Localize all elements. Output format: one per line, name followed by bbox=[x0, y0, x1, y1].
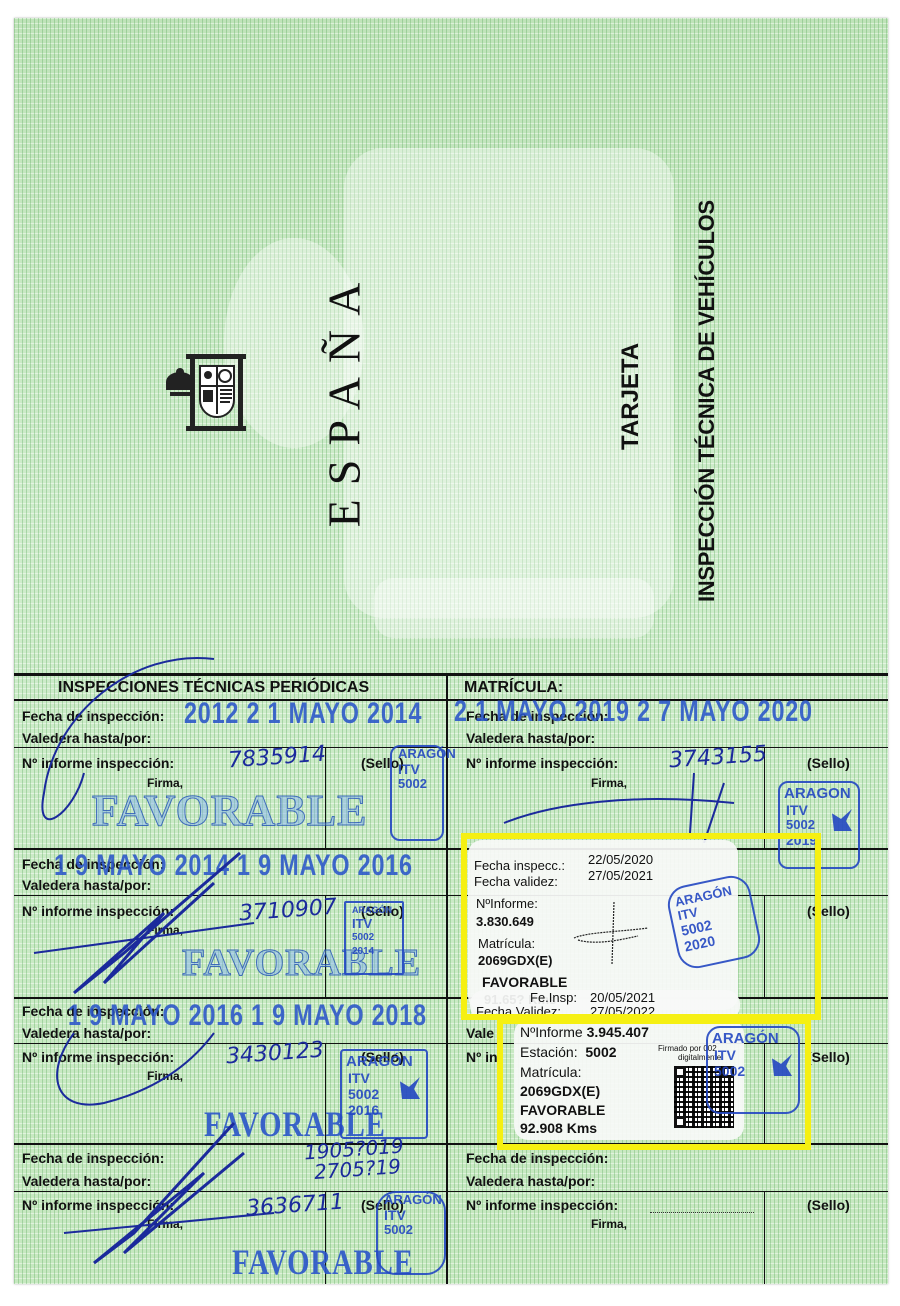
informe-dots bbox=[650, 1211, 754, 1213]
country-title: ESPAÑA bbox=[314, 253, 374, 543]
firma-label: Firma, bbox=[591, 1217, 627, 1231]
valedera-label: Valedera hasta/por: bbox=[466, 1173, 595, 1189]
valedera-label-partial: Vale bbox=[466, 1025, 494, 1041]
informe-label-partial: Nº in bbox=[466, 1049, 498, 1065]
column-divider bbox=[446, 673, 448, 1284]
highlight-box bbox=[461, 833, 821, 1020]
sello-divider bbox=[764, 1191, 765, 1284]
card-subtitle: INSPECCIÓN TÉCNICA DE VEHÍCULOS bbox=[694, 200, 720, 602]
sello-label: (Sello) bbox=[807, 755, 850, 771]
valedera-label: Valedera hasta/por: bbox=[466, 730, 595, 746]
date-stamp: 2 1 MAYO 2019 2 7 MAYO 2020 bbox=[454, 695, 813, 729]
spain-coat-of-arms-icon bbox=[164, 348, 260, 436]
fecha-label: Fecha de inspección: bbox=[466, 1150, 608, 1166]
informe-label: Nº informe inspección: bbox=[466, 1197, 618, 1213]
signature-scribble bbox=[494, 763, 754, 843]
sello-label: (Sello) bbox=[807, 1049, 850, 1065]
signature-scribble bbox=[14, 653, 446, 1293]
watermark-shape bbox=[374, 578, 654, 638]
sello-label: (Sello) bbox=[807, 1197, 850, 1213]
highlight-box bbox=[497, 1018, 811, 1150]
card-title: TARJETA bbox=[617, 343, 645, 450]
